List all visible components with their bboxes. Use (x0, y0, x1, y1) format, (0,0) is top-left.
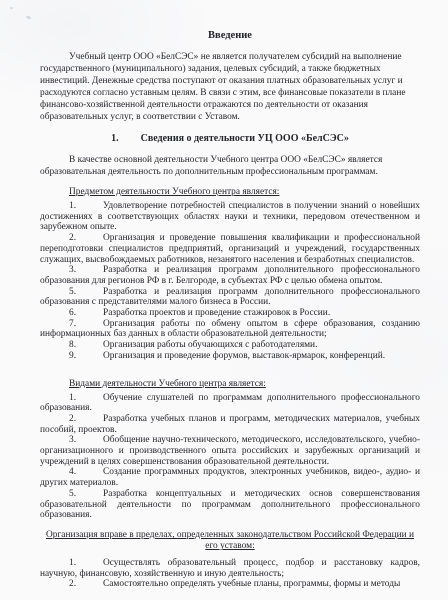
document-page: Введение Учебный центр ООО «БелСЭС» не я… (0, 0, 448, 600)
item-number: 5. (69, 287, 103, 298)
list-item: 3.Разработка и реализация программ допол… (40, 265, 420, 286)
item-text: Разработка проектов и проведение стажиро… (103, 308, 330, 318)
section-1-lead-paragraph: В качестве основной деятельности Учебног… (40, 154, 420, 178)
rights-heading: Организация вправе в пределах, определен… (40, 530, 420, 553)
scan-artifact (26, 15, 32, 20)
list-item: 5.Разработка концептуальных и методическ… (40, 489, 420, 521)
list-item: 6.Разработка проектов и проведение стажи… (40, 308, 420, 319)
list-item: 2.Организация и проведение повышения ква… (40, 233, 420, 265)
section-1-heading: 1.Сведения о деятельности УЦ ООО «БелСЭС… (40, 133, 420, 144)
item-number: 4. (69, 467, 103, 478)
item-number: 2. (69, 233, 103, 244)
list-item: 1.Обучение слушателей по программам допо… (40, 393, 420, 414)
item-number: 1. (69, 393, 103, 404)
list-item: 1.Удовлетворение потребностей специалист… (40, 201, 420, 233)
item-number: 2. (69, 414, 103, 425)
scan-artifact (10, 7, 13, 9)
item-number: 2. (69, 579, 103, 590)
item-number: 3. (69, 435, 103, 446)
subject-heading: Предметом деятельности Учебного центра я… (40, 187, 420, 197)
item-text: Организация и проведение форумов, выстав… (103, 351, 385, 361)
item-number: 8. (69, 340, 103, 351)
item-number: 7. (69, 319, 103, 330)
list-item: 8.Организация работы обучающихся с работ… (40, 340, 420, 351)
list-item: 2.Разработка учебных планов и программ, … (40, 414, 420, 435)
activities-heading: Видами деятельности Учебного центра явля… (40, 379, 420, 389)
list-item: 9.Организация и проведение форумов, выст… (40, 351, 420, 362)
doc-title: Введение (40, 30, 420, 41)
list-item: 7.Организация работы по обмену опытом в … (40, 319, 420, 340)
rights-list: 1.Осуществлять образовательный процесс, … (40, 558, 420, 590)
subject-list: 1.Удовлетворение потребностей специалист… (40, 201, 420, 362)
item-number: 1. (69, 201, 103, 212)
list-item: 3.Обобщение научно-технического, методич… (40, 435, 420, 467)
intro-paragraph: Учебный центр ООО «БелСЭС» не является п… (40, 51, 420, 123)
item-text: Организация работы обучающихся с работод… (103, 340, 317, 350)
item-number: 1. (69, 558, 103, 569)
list-item: 1.Осуществлять образовательный процесс, … (40, 558, 420, 579)
section-title: Сведения о деятельности УЦ ООО «БелСЭС» (141, 133, 349, 144)
item-number: 6. (69, 308, 103, 319)
section-number: 1. (111, 133, 119, 144)
item-number: 9. (69, 351, 103, 362)
item-number: 3. (69, 265, 103, 276)
item-text: Самостоятельно определять учебные планы,… (103, 579, 400, 589)
list-item: 4.Создание программных продуктов, электр… (40, 467, 420, 488)
list-item: 5.Разработка и реализация программ допол… (40, 287, 420, 308)
item-number: 5. (69, 489, 103, 500)
activities-list: 1.Обучение слушателей по программам допо… (40, 393, 420, 521)
list-item: 2.Самостоятельно определять учебные план… (40, 579, 420, 590)
